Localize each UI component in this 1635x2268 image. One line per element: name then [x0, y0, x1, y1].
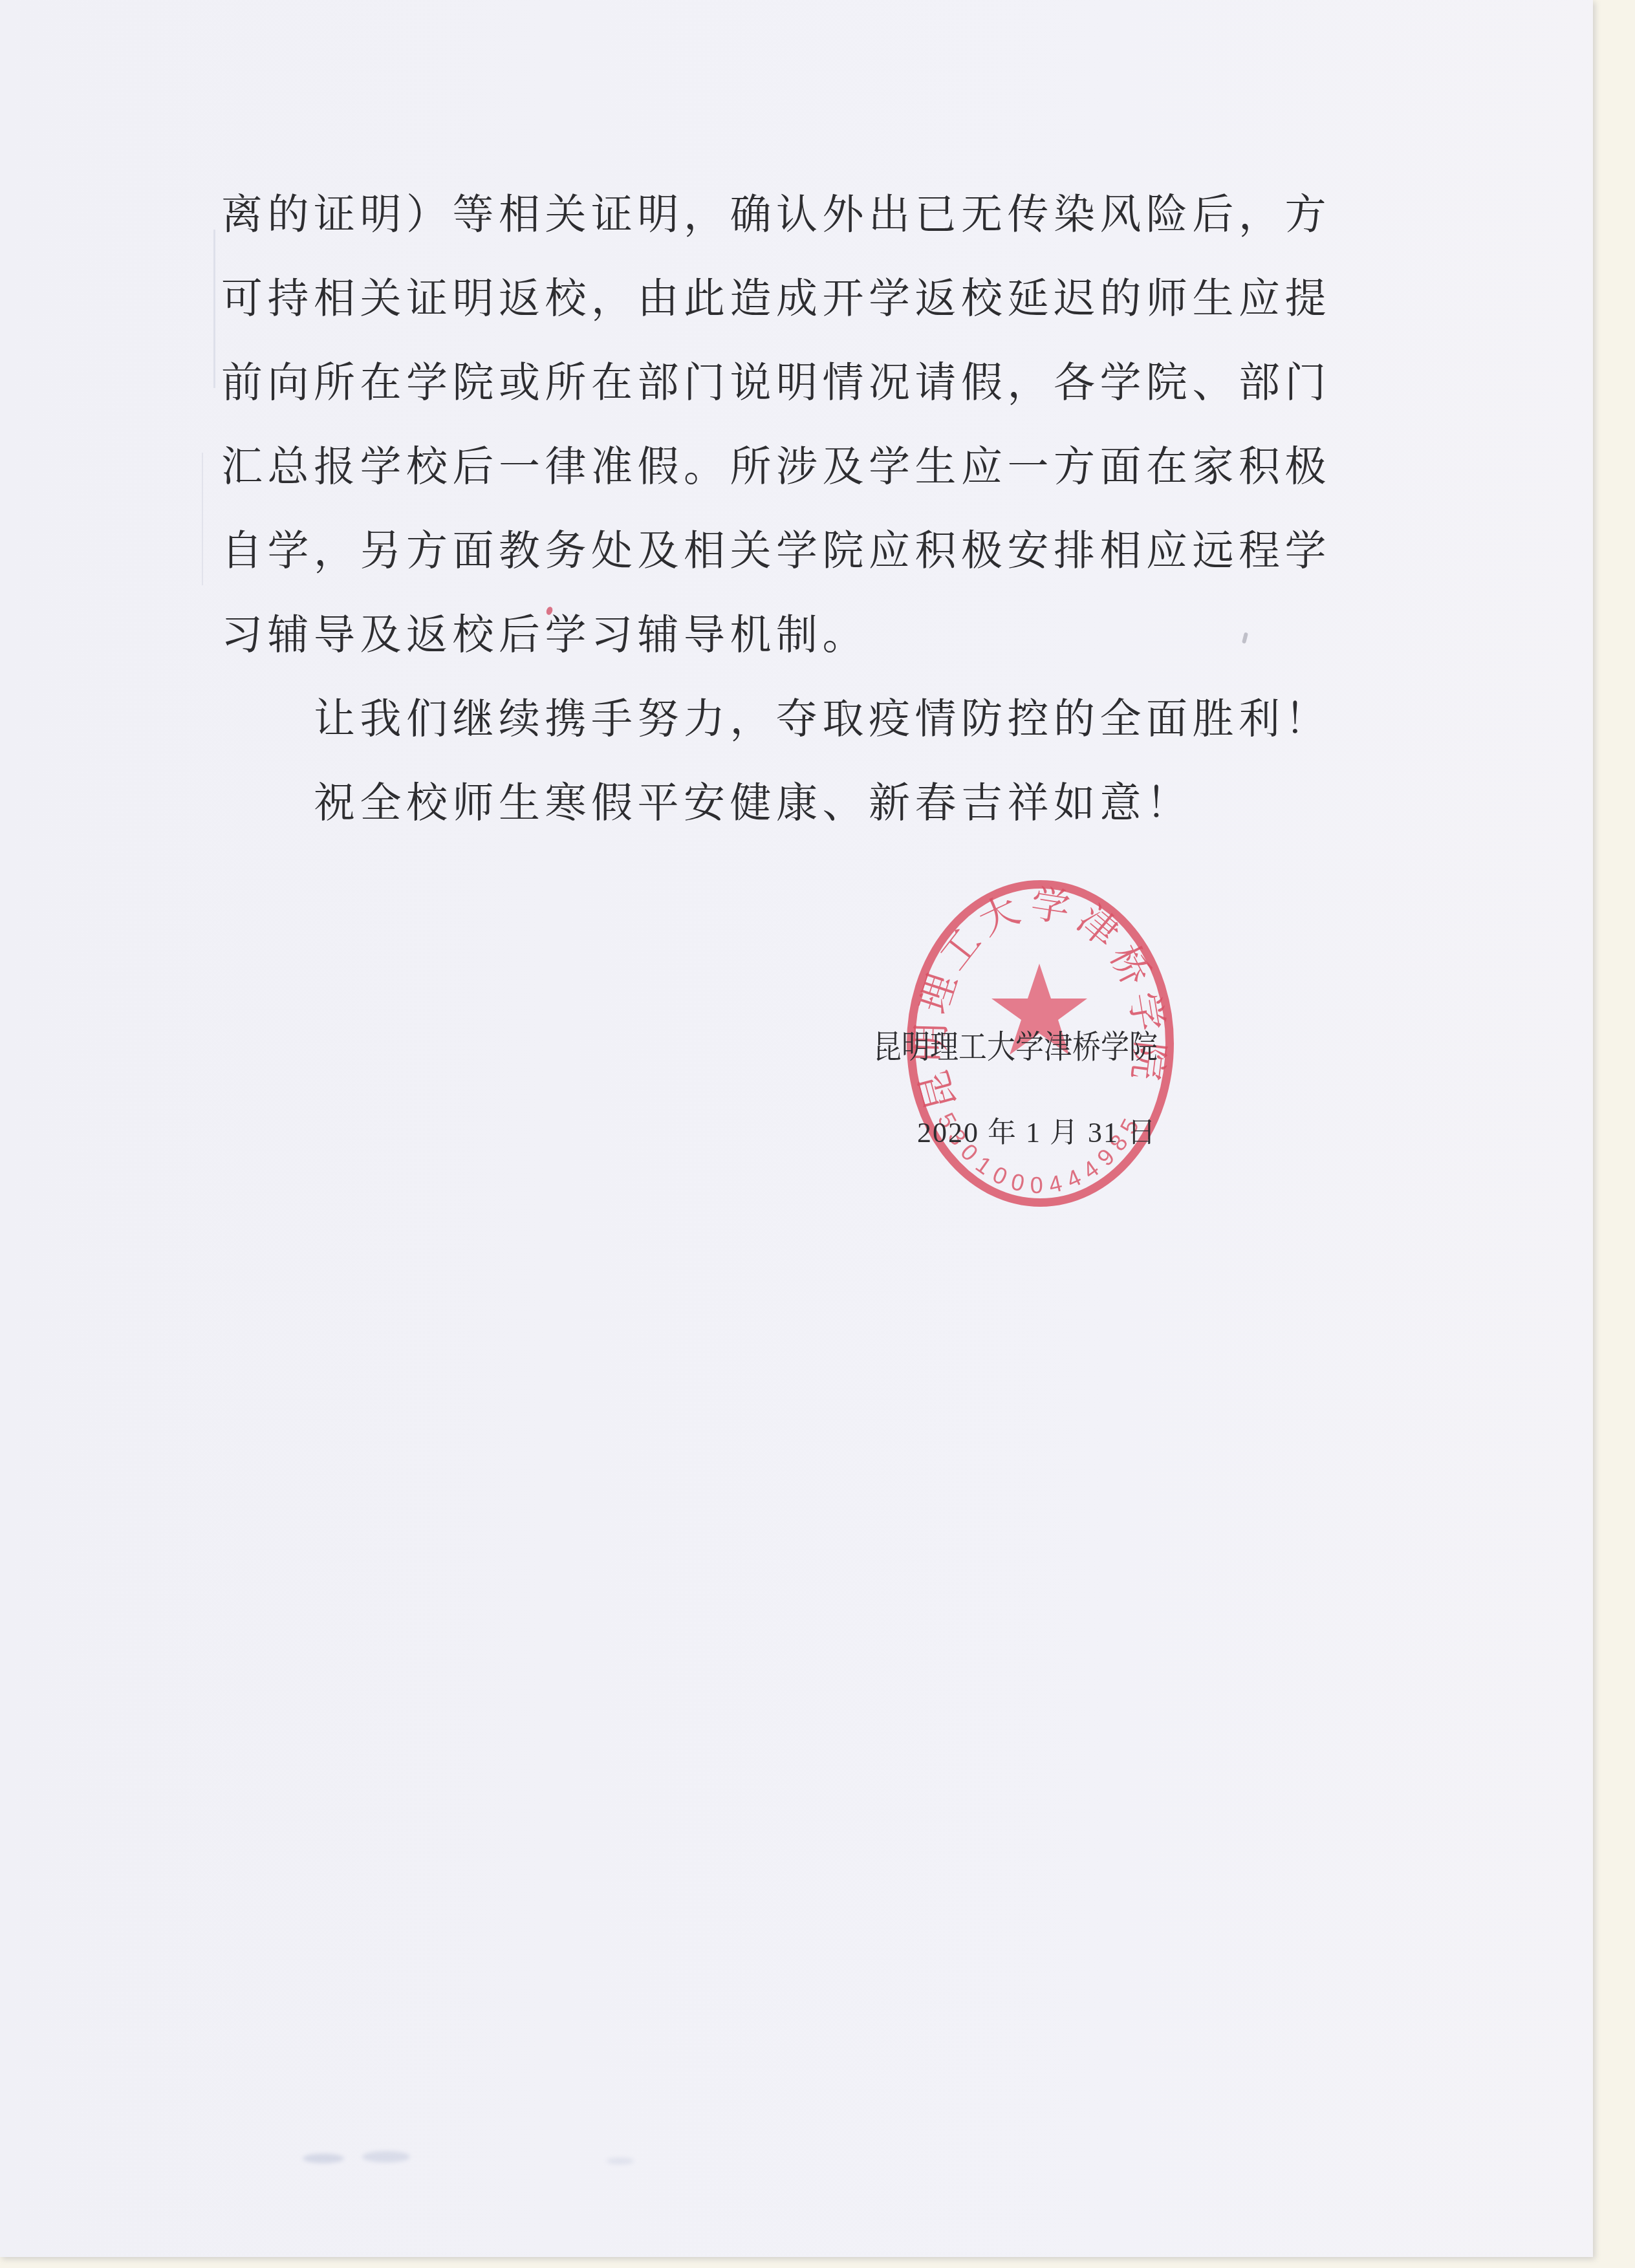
scan-artifact-tick: [1242, 632, 1248, 644]
scan-artifact-streak: [202, 453, 203, 585]
scan-artifact-smudge: [362, 2151, 410, 2163]
closing-text-line: 祝全校师生寒假平安健康、新春吉祥如意！: [314, 783, 1193, 824]
body-text-line: 离的证明）等相关证明，确认外出已无传染风险后，方: [221, 194, 1331, 235]
paper-sheet: 离的证明）等相关证明，确认外出已无传染风险后，方 可持相关证明返校，由此造成开学…: [0, 0, 1593, 2257]
body-text-line: 汇总报学校后一律准假。所涉及学生应一方面在家积极: [221, 446, 1331, 488]
body-text-line: 可持相关证明返校，由此造成开学返校延迟的师生应提: [221, 278, 1331, 319]
date-line: 2020 年 1 月 31 日: [917, 1119, 1157, 1147]
signature-line: 昆明理工大学津桥学院: [873, 1031, 1158, 1063]
body-text-line: 自学，另方面教务处及相关学院应积极安排相应远程学: [221, 530, 1331, 572]
body-text-line: 习辅导及返校后学习辅导机制。: [221, 614, 869, 656]
scan-artifact-smudge: [303, 2154, 344, 2163]
closing-text-line: 让我们继续携手努力，夺取疫情防控的全面胜利！: [314, 698, 1331, 740]
scan-artifact-streak: [213, 230, 215, 388]
scan-artifact-smudge: [607, 2157, 634, 2165]
scanned-document: { "page": { "paper_color": "#f2f2f8", "s…: [0, 0, 1635, 2268]
body-text-line: 前向所在学院或所在部门说明情况请假，各学院、部门: [221, 362, 1331, 404]
